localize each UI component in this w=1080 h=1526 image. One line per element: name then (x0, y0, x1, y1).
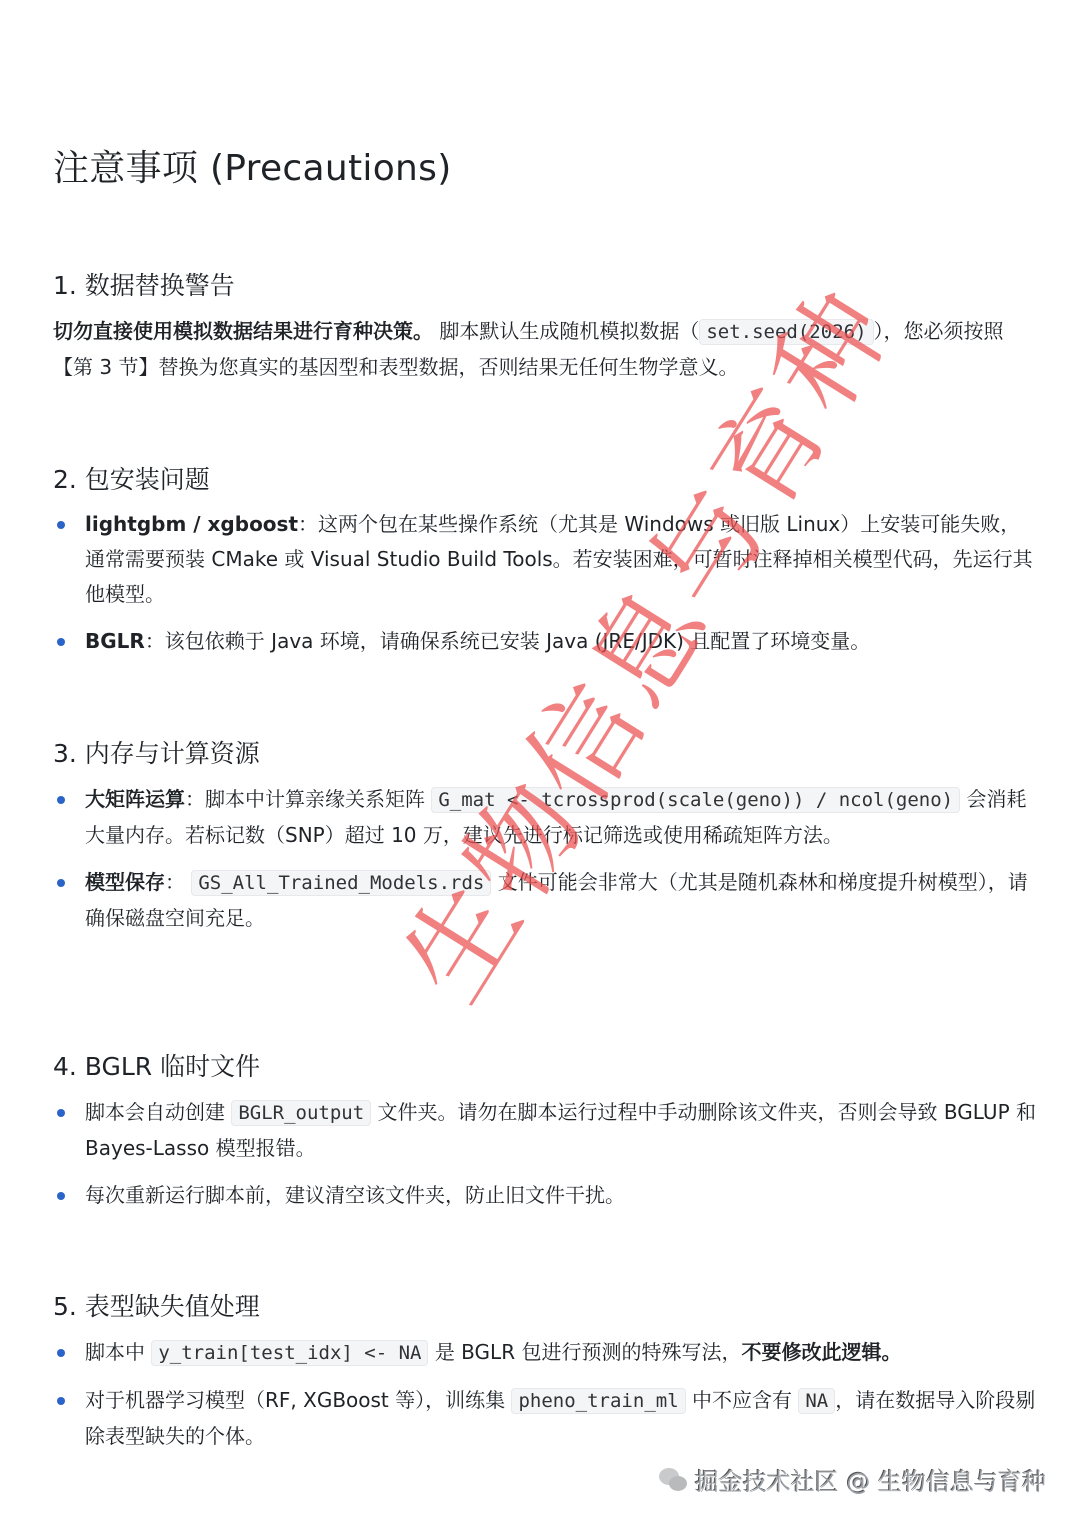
item-text: ：该包依赖于 Java 环境，请确保系统已安装 Java (JRE/JDK) 且… (145, 629, 870, 653)
item-text: ：脚本中计算亲缘关系矩阵 (185, 787, 431, 811)
item-text: 是 BGLR 包进行预测的特殊写法， (428, 1340, 741, 1364)
wechat-icon (659, 1468, 689, 1492)
bullet-icon (57, 1109, 65, 1117)
warning-bold-text: 切勿直接使用模拟数据结果进行育种决策。 (53, 319, 433, 343)
paragraph-text: 脚本默认生成随机模拟数据（ (439, 319, 699, 343)
item-term: 模型保存 (85, 870, 165, 894)
item-term: 大矩阵运算 (85, 787, 185, 811)
section-heading-4: 4. BGLR 临时文件 (53, 1047, 260, 1083)
inline-code: BGLR_output (231, 1100, 371, 1126)
page-title: 注意事项 (Precautions) (53, 140, 452, 191)
bullet-icon (57, 1397, 65, 1405)
section-heading-3: 3. 内存与计算资源 (53, 734, 260, 770)
section-4-list: 脚本会自动创建 BGLR_output 文件夹。请勿在脚本运行过程中手动删除该文… (53, 1095, 1038, 1225)
bullet-icon (57, 879, 65, 887)
list-item: 对于机器学习模型（RF, XGBoost 等），训练集 pheno_train_… (53, 1383, 1038, 1454)
item-text: 脚本中 (85, 1340, 151, 1364)
list-item: 脚本中 y_train[test_idx] <- NA 是 BGLR 包进行预测… (53, 1335, 1038, 1371)
inline-code: y_train[test_idx] <- NA (151, 1340, 428, 1366)
section-1-paragraph: 切勿直接使用模拟数据结果进行育种决策。 脚本默认生成随机模拟数据（set.see… (53, 314, 1038, 385)
inline-code: set.seed(2026) (699, 319, 873, 345)
item-text: 对于机器学习模型（RF, XGBoost 等），训练集 (85, 1388, 511, 1412)
item-term: BGLR (85, 629, 145, 653)
section-5-list: 脚本中 y_train[test_idx] <- NA 是 BGLR 包进行预测… (53, 1335, 1038, 1466)
inline-code: G_mat <- tcrossprod(scale(geno)) / ncol(… (431, 787, 960, 813)
list-item: 模型保存： GS_All_Trained_Models.rds 文件可能会非常大… (53, 865, 1038, 936)
bullet-icon (57, 796, 65, 804)
item-text: ： (165, 870, 191, 894)
list-item: 每次重新运行脚本前，建议清空该文件夹，防止旧文件干扰。 (53, 1178, 1038, 1213)
inline-code: GS_All_Trained_Models.rds (191, 870, 491, 896)
section-heading-1: 1. 数据替换警告 (53, 266, 235, 302)
section-heading-2: 2. 包安装问题 (53, 460, 210, 496)
list-item: BGLR：该包依赖于 Java 环境，请确保系统已安装 Java (JRE/JD… (53, 624, 1038, 659)
list-item: 大矩阵运算：脚本中计算亲缘关系矩阵 G_mat <- tcrossprod(sc… (53, 782, 1038, 853)
warning-bold-text: 不要修改此逻辑。 (741, 1340, 901, 1364)
inline-code: pheno_train_ml (511, 1388, 685, 1414)
list-item: lightgbm / xgboost：这两个包在某些操作系统（尤其是 Windo… (53, 507, 1038, 612)
bullet-icon (57, 521, 65, 529)
inline-code: NA (798, 1388, 835, 1414)
bullet-icon (57, 1349, 65, 1357)
section-3-list: 大矩阵运算：脚本中计算亲缘关系矩阵 G_mat <- tcrossprod(sc… (53, 782, 1038, 948)
list-item: 脚本会自动创建 BGLR_output 文件夹。请勿在脚本运行过程中手动删除该文… (53, 1095, 1038, 1166)
section-2-list: lightgbm / xgboost：这两个包在某些操作系统（尤其是 Windo… (53, 507, 1038, 671)
footer-watermark-text: 掘金技术社区 @ 生物信息与育种 (695, 1462, 1046, 1497)
footer-watermark: 掘金技术社区 @ 生物信息与育种 (659, 1462, 1046, 1497)
item-text: 中不应含有 (686, 1388, 799, 1412)
bullet-icon (57, 1192, 65, 1200)
bullet-icon (57, 638, 65, 646)
item-text: 每次重新运行脚本前，建议清空该文件夹，防止旧文件干扰。 (85, 1183, 625, 1207)
section-heading-5: 5. 表型缺失值处理 (53, 1287, 260, 1323)
item-text: 脚本会自动创建 (85, 1100, 231, 1124)
item-term: lightgbm / xgboost (85, 512, 298, 536)
